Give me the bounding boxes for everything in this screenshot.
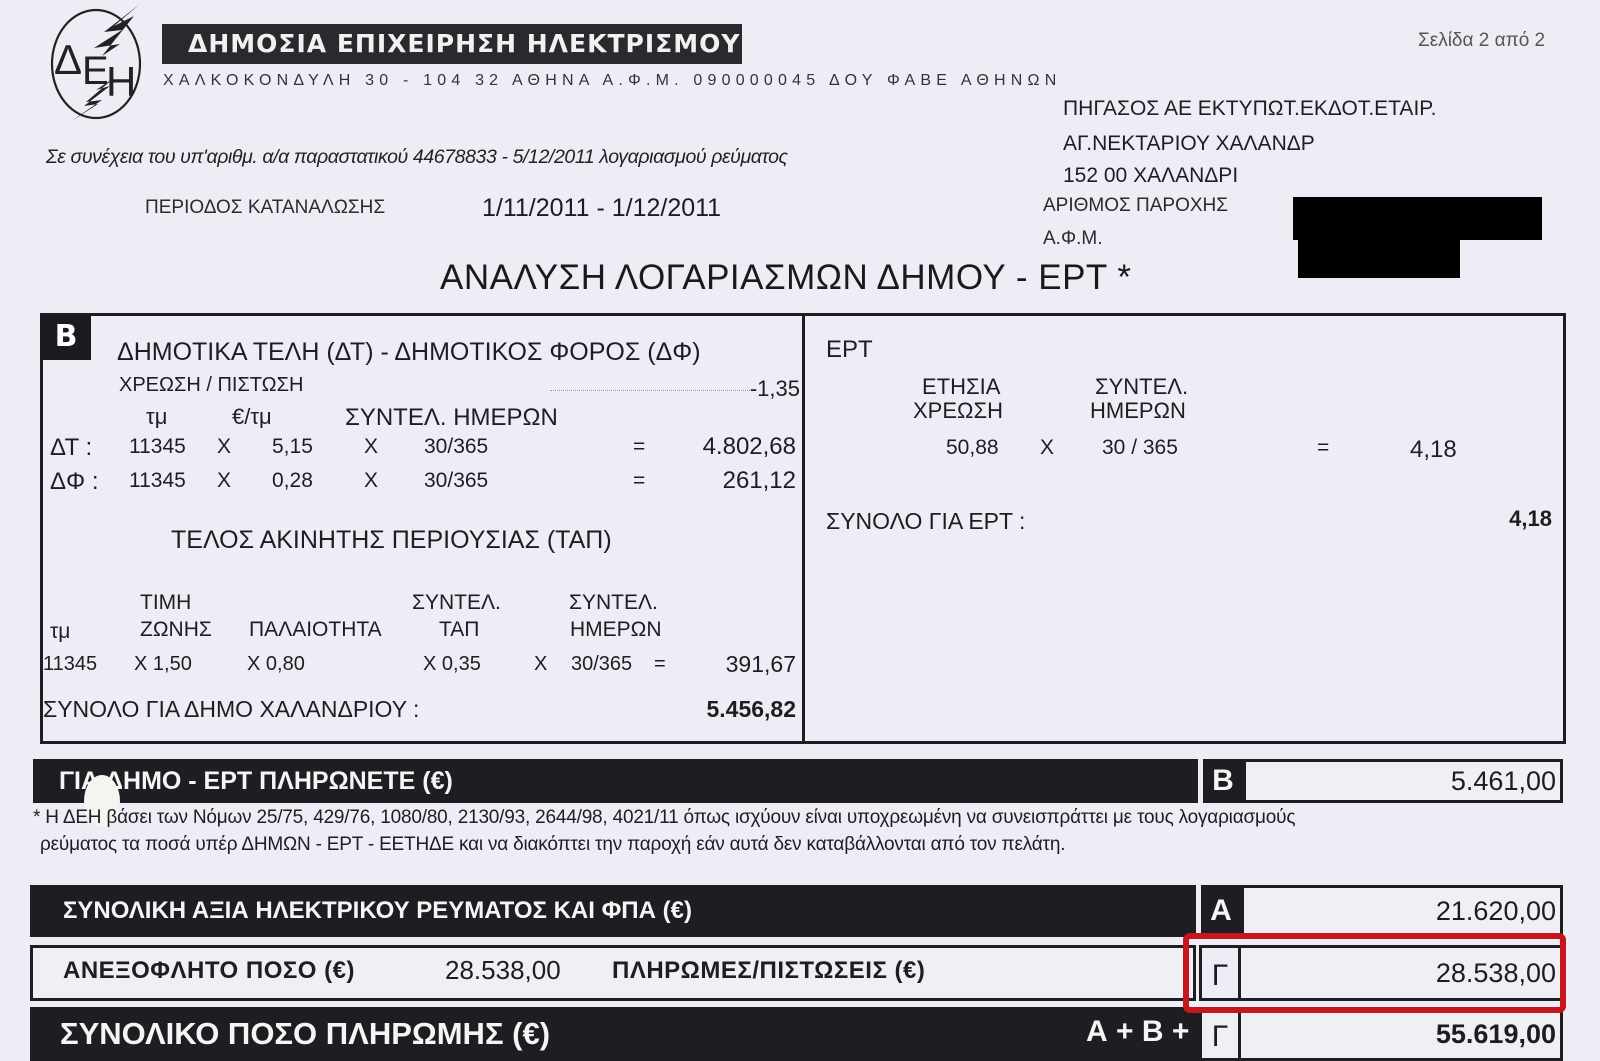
electricity-value: 21.620,00: [1241, 885, 1563, 937]
ert-heading: ΕΡΤ: [826, 336, 873, 364]
footnote-line-2: ρεύματος τα ποσά υπέρ ΔΗΜΩΝ - ΕΡΤ - ΕΕΤΗ…: [40, 834, 1065, 856]
row-times: X: [217, 435, 231, 459]
redaction-block: [1293, 197, 1542, 240]
row-amount: 4.802,68: [660, 433, 796, 461]
ert-equals: =: [1317, 436, 1329, 460]
period-label: ΠΕΡΙΟΔΟΣ ΚΑΤΑΝΑΛΩΣΗΣ: [145, 197, 385, 219]
highlight-annotation-box: [1183, 933, 1566, 1013]
tap-col-tapcoef: ΤΑΠ: [439, 618, 479, 642]
ert-col-days: ΗΜΕΡΩΝ: [1090, 398, 1186, 424]
unpaid-value: 28.538,00: [445, 955, 561, 986]
charge-credit-value: -1,35: [700, 376, 800, 402]
row-label: ΔΦ :: [50, 468, 99, 496]
tap-equals: =: [654, 653, 666, 676]
document-title: ΑΝΑΛΥΣΗ ΛΟΓΑΡΙΑΣΜΩΝ ΔΗΜΟΥ - ΕΡΤ *: [440, 258, 1132, 298]
tap-col-zone: ΖΩΝΗΣ: [140, 618, 212, 642]
total-label: ΣΥΝΟΛΙΚΟ ΠΟΣΟ ΠΛΗΡΩΜΗΣ (€): [30, 1007, 1202, 1061]
row-times: X: [364, 469, 378, 493]
unpaid-label: ΑΝΕΞΟΦΛΗΤΟ ΠΟΣΟ (€): [63, 957, 355, 985]
row-sqm: 11345: [129, 435, 186, 459]
row-equals: =: [633, 469, 645, 493]
ert-col-days: ΣΥΝΤΕΛ.: [1095, 374, 1188, 400]
dei-logo: Δ Ε Η: [44, 4, 154, 122]
customer-street: ΑΓ.ΝΕΚΤΑΡΙΟΥ ΧΑΛΑΝΔΡ: [1063, 132, 1315, 156]
ert-times: X: [1040, 436, 1054, 460]
total-formula: Α + Β +: [1086, 1015, 1189, 1049]
municipal-total-label: ΣΥΝΟΛΟ ΓΙΑ ΔΗΜΟ ΧΑΛΑΝΔΡΙΟΥ :: [43, 696, 419, 723]
municipal-heading: ΔΗΜΟΤΙΚΑ ΤΕΛΗ (ΔΤ) - ΔΗΜΟΤΙΚΟΣ ΦΟΡΟΣ (ΔΦ…: [117, 338, 701, 367]
payments-label: ΠΛΗΡΩΜΕΣ/ΠΙΣΤΩΣΕΙΣ (€): [612, 957, 925, 985]
customer-name: ΠΗΓΑΣΟΣ ΑΕ ΕΚΤΥΠΩΤ.ΕΚΔΟΤ.ΕΤΑΙΡ.: [1063, 97, 1436, 121]
page-number: Σελίδα 2 από 2: [1418, 30, 1545, 52]
ert-days: 30 / 365: [1102, 436, 1178, 460]
ert-total-value: 4,18: [1440, 506, 1552, 532]
row-sqm: 11345: [129, 469, 186, 493]
row-equals: =: [633, 435, 645, 459]
company-address: ΧΑΛΚΟΚΟΝΔΥΛΗ 30 - 104 32 ΑΘΗΝΑ Α.Φ.Μ. 09…: [163, 72, 1061, 90]
tap-sqm: 11345: [43, 653, 97, 676]
logo-epsilon: Ε: [82, 49, 109, 93]
logo-delta: Δ: [54, 36, 82, 83]
customer-city: 152 00 ΧΑΛΑΝΔΡΙ: [1063, 164, 1238, 188]
tap-age: X 0,80: [247, 653, 305, 676]
tap-days: 30/365: [571, 653, 632, 676]
row-days: 30/365: [424, 469, 488, 493]
electricity-letter: Α: [1201, 885, 1241, 937]
row-times: X: [217, 469, 231, 493]
tap-amount: 391,67: [680, 651, 796, 678]
tap-col-days: ΗΜΕΡΩΝ: [570, 618, 662, 642]
company-name-banner: ΔΗΜΟΣΙΑ ΕΠΙΧΕΙΡΗΣΗ ΗΛΕΚΤΡΙΣΜΟΥ Α.Ε.: [162, 24, 742, 64]
column-divider: [802, 313, 805, 744]
tap-coef: X 0,35: [423, 653, 481, 676]
charge-credit-label: ΧΡΕΩΣΗ / ΠΙΣΤΩΣΗ: [119, 374, 303, 397]
ert-annual: 50,88: [946, 436, 999, 460]
supply-number-label: ΑΡΙΘΜΟΣ ΠΑΡΟΧΗΣ: [1043, 195, 1228, 217]
row-times: X: [364, 435, 378, 459]
ert-col-annual: ΧΡΕΩΣΗ: [913, 398, 1003, 424]
afm-label: Α.Φ.Μ.: [1043, 228, 1103, 250]
col-header-rate: €/τμ: [232, 404, 272, 430]
ert-col-annual: ΕΤΗΣΙΑ: [922, 374, 1000, 400]
tap-col-sqm: τμ: [50, 620, 70, 644]
tap-col-days: ΣΥΝΤΕΛ.: [569, 591, 658, 615]
municipal-pay-bar: ΓΙΑ ΔΗΜΟ - ΕΡΤ ΠΛΗΡΩΝΕΤΕ (€): [33, 759, 1198, 803]
logo-eta: Η: [106, 58, 136, 105]
total-letter: Γ: [1199, 1007, 1241, 1061]
municipal-pay-value: 5.461,00: [1243, 759, 1563, 803]
reference-line: Σε συνέχεια του υπ'αριθμ. α/α παραστατικ…: [46, 146, 788, 169]
row-amount: 261,12: [660, 467, 796, 495]
row-rate: 0,28: [272, 469, 313, 493]
row-label: ΔΤ :: [50, 434, 92, 462]
footnote-line-1: * Η ΔΕΗ βάσει των Νόμων 25/75, 429/76, 1…: [33, 807, 1295, 829]
section-b-badge: B: [41, 314, 91, 360]
total-value: 55.619,00: [1238, 1007, 1563, 1061]
tap-heading: ΤΕΛΟΣ ΑΚΙΝΗΤΗΣ ΠΕΡΙΟΥΣΙΑΣ (ΤΑΠ): [171, 526, 612, 555]
tap-times: X: [534, 653, 547, 676]
municipal-total-value: 5.456,82: [660, 696, 796, 723]
period-value: 1/11/2011 - 1/12/2011: [482, 194, 721, 223]
tap-zone: X 1,50: [134, 653, 192, 676]
electricity-label: ΣΥΝΟΛΙΚΗ ΑΞΙΑ ΗΛΕΚΤΡΙΚΟΥ ΡΕΥΜΑΤΟΣ ΚΑΙ ΦΠ…: [30, 885, 1196, 937]
ert-total-label: ΣΥΝΟΛΟ ΓΙΑ ΕΡΤ :: [826, 508, 1025, 535]
redaction-block: [1298, 238, 1460, 278]
row-days: 30/365: [424, 435, 488, 459]
municipal-pay-letter: B: [1203, 759, 1243, 803]
tap-col-tapcoef: ΣΥΝΤΕΛ.: [412, 591, 501, 615]
tap-col-zone: ΤΙΜΗ: [140, 591, 191, 615]
col-header-days: ΣΥΝΤΕΛ. ΗΜΕΡΩΝ: [345, 404, 558, 432]
col-header-sqm: τμ: [146, 404, 167, 430]
ert-amount: 4,18: [1410, 436, 1457, 464]
row-rate: 5,15: [272, 435, 313, 459]
tap-col-age: ΠΑΛΑΙΟΤΗΤΑ: [249, 618, 382, 642]
